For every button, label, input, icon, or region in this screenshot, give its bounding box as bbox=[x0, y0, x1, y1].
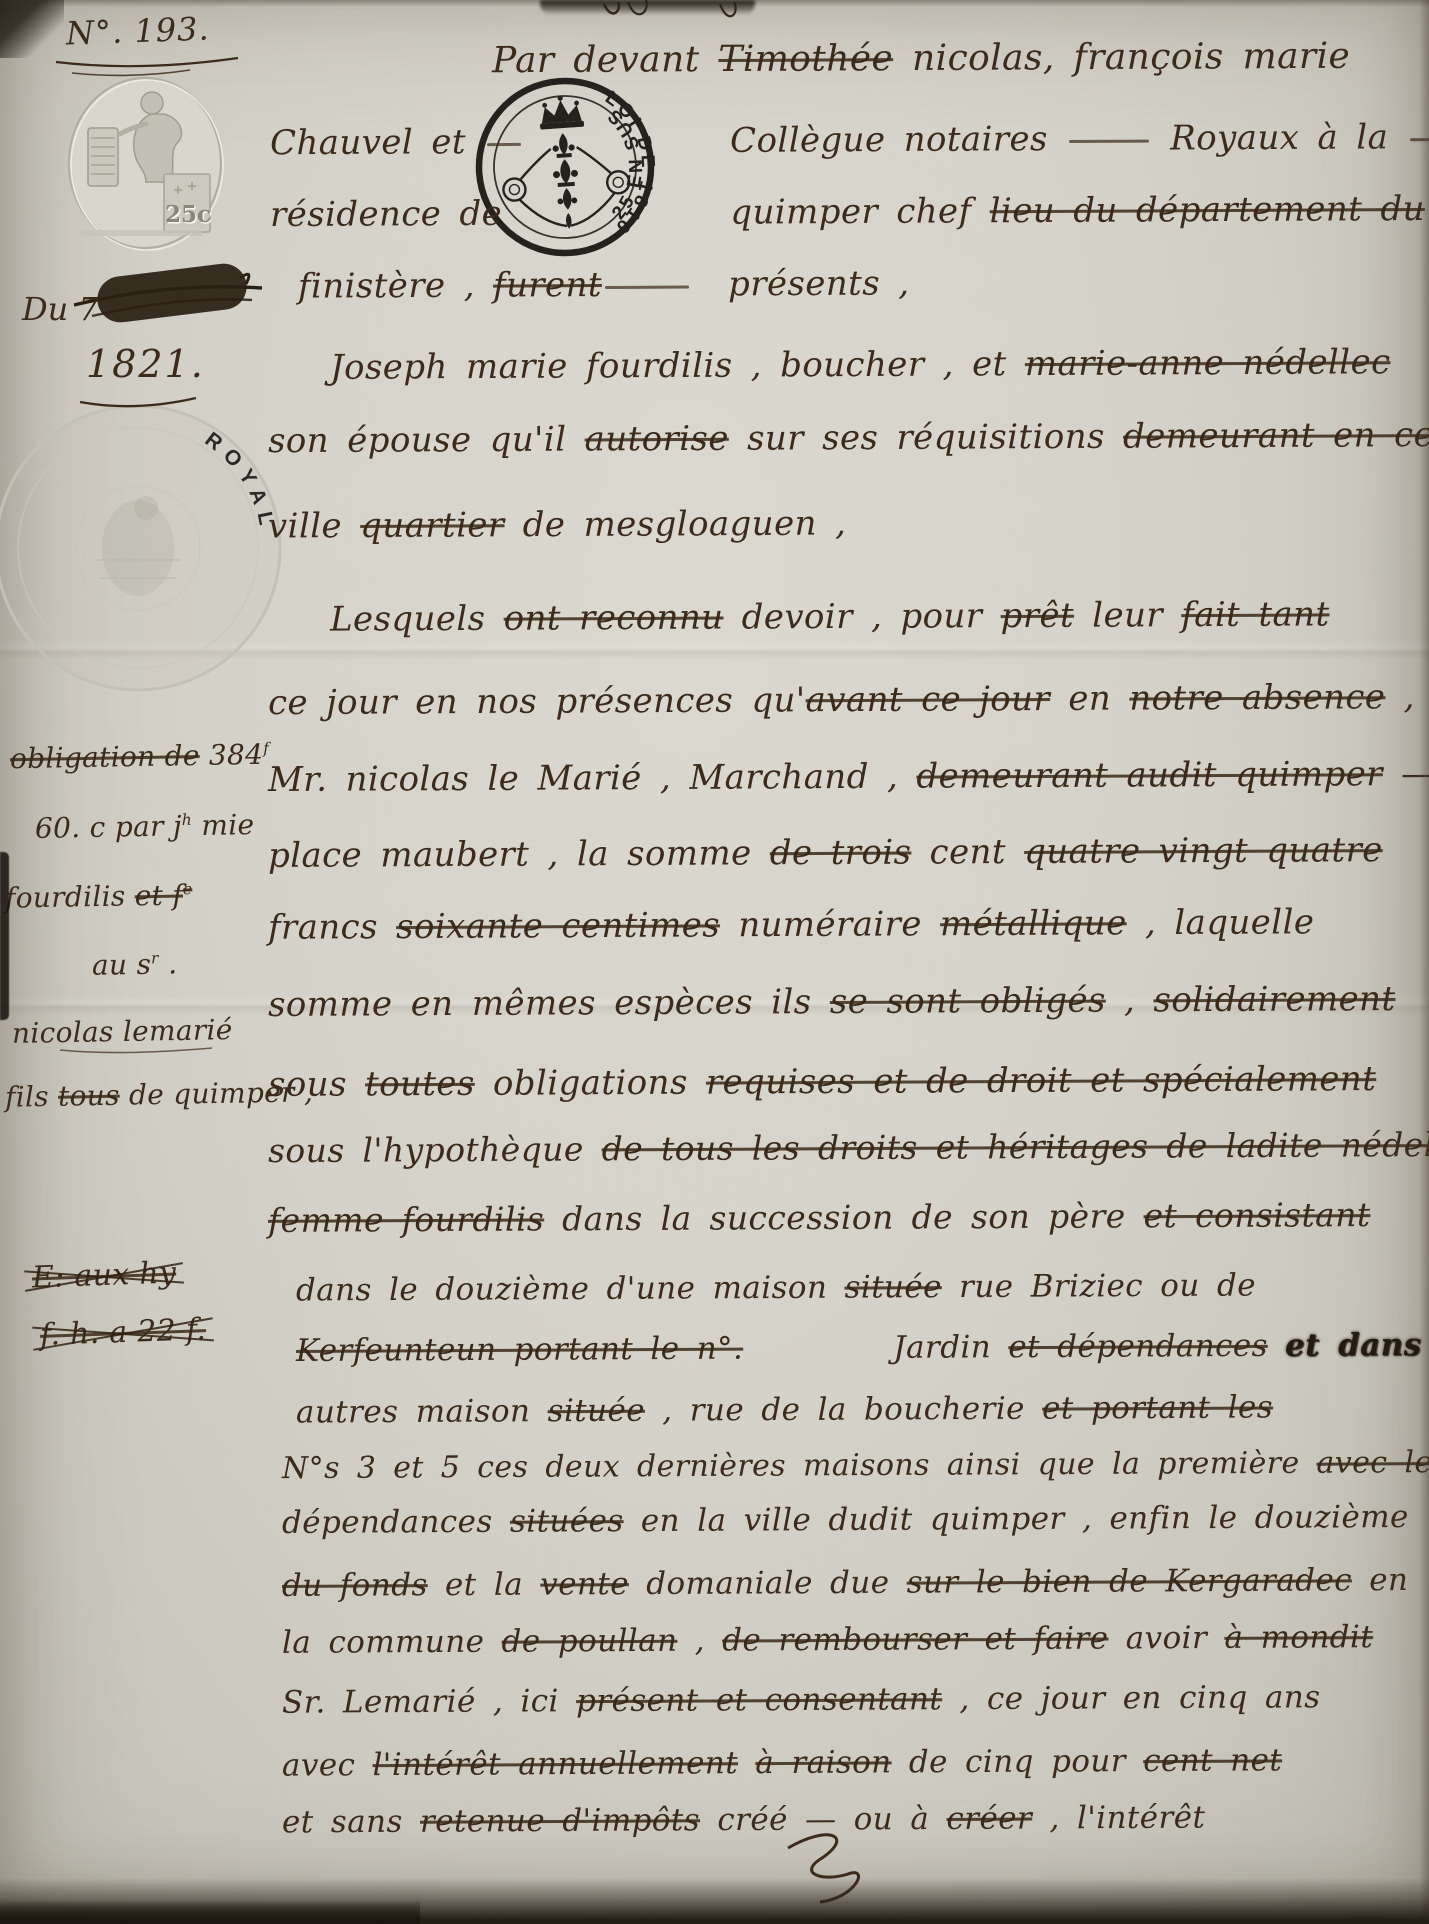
manuscript-line: son épouse qu'il autorise sur ses réquis… bbox=[268, 415, 1429, 461]
text-segment: avec leurs bbox=[1316, 1445, 1429, 1481]
text-segment: f bbox=[263, 739, 269, 757]
text-segment: créer bbox=[946, 1800, 1032, 1836]
text-segment: au s bbox=[92, 948, 152, 982]
text-segment: finistère , bbox=[298, 266, 493, 307]
text-segment: ville bbox=[268, 506, 360, 546]
text-segment: somme en mêmes espèces ils bbox=[268, 982, 830, 1025]
text-segment: vente bbox=[540, 1566, 629, 1602]
manuscript-line: N°s 3 et 5 ces deux dernières maisons ai… bbox=[282, 1445, 1429, 1486]
text-segment: se sont obligés bbox=[830, 981, 1106, 1022]
text-segment: et la bbox=[428, 1567, 541, 1604]
manuscript-line: la commune de poullan , de rembourser et… bbox=[282, 1619, 1373, 1661]
text-segment: à raison bbox=[755, 1744, 891, 1781]
manuscript-line: sous toutes obligations requises et de d… bbox=[268, 1059, 1376, 1105]
text-segment: nicolas, françois marie bbox=[893, 36, 1350, 79]
text-segment: avoir bbox=[1108, 1620, 1224, 1657]
manuscript-line: somme en mêmes espèces ils se sont oblig… bbox=[268, 979, 1396, 1025]
text-segment: , laquelle bbox=[1127, 902, 1315, 943]
text-segment: Chauvel et bbox=[270, 122, 484, 163]
text-segment: l'intérêt annuellement bbox=[372, 1745, 738, 1783]
line-gap bbox=[524, 152, 730, 153]
text-segment: située bbox=[844, 1269, 942, 1306]
text-segment: requises et de droit et spécialement bbox=[706, 1059, 1376, 1103]
text-segment: Royaux à la bbox=[1152, 117, 1407, 158]
margin-note: 60. c par jh mie bbox=[35, 808, 255, 845]
manuscript-line: Joseph marie fourdilis , boucher , et ma… bbox=[330, 342, 1391, 388]
manuscript-line: place maubert , la somme de trois cent q… bbox=[268, 830, 1383, 876]
margin-note: fourdilis et fe bbox=[5, 878, 193, 914]
text-segment: et sans bbox=[282, 1804, 420, 1841]
text-segment: métallique bbox=[940, 903, 1127, 944]
manuscript-line: francs soixante centimes numéraire métal… bbox=[268, 902, 1315, 947]
margin-note: obligation de 384f bbox=[10, 738, 270, 776]
manuscript-line: finistère , furent présents , bbox=[298, 263, 910, 306]
text-segment: quartier bbox=[360, 505, 505, 546]
text-segment: numéraire bbox=[720, 904, 940, 945]
text-segment: 60. c par j bbox=[35, 809, 182, 845]
text-segment: autres maison bbox=[296, 1393, 548, 1430]
text-segment: créé — ou à bbox=[700, 1801, 947, 1838]
text-segment: demeurant en cette bbox=[1123, 415, 1429, 457]
text-segment: la commune bbox=[282, 1624, 502, 1661]
text-segment: et f bbox=[134, 879, 183, 913]
text-segment: avant ce jour bbox=[806, 679, 1051, 720]
text-segment: tous bbox=[58, 1079, 120, 1113]
text-segment: résidence de bbox=[270, 194, 521, 235]
text-segment: quimper chef bbox=[730, 191, 990, 232]
margin-date-prefix: Du 7 bbox=[22, 290, 99, 328]
text-segment: autorise bbox=[585, 419, 729, 460]
text-segment: en la ville dudit quimper , enfin le dou… bbox=[623, 1499, 1408, 1539]
text-segment: son épouse qu'il bbox=[268, 420, 585, 462]
margin-date-year: 1821. bbox=[86, 342, 205, 386]
text-segment: rue Briziec ou de bbox=[942, 1267, 1256, 1305]
text-segment: cent bbox=[911, 832, 1024, 873]
manuscript-line: autres maison située , rue de la boucher… bbox=[296, 1389, 1273, 1430]
text-segment: sur le bien de Kergaradec bbox=[907, 1562, 1352, 1600]
text-segment: à mondit bbox=[1224, 1619, 1373, 1656]
text-segment: de trois bbox=[770, 833, 912, 874]
text-segment: prêt bbox=[1001, 596, 1075, 636]
text-segment: f. h. a 22 f. bbox=[39, 1312, 206, 1353]
line-gap bbox=[520, 224, 730, 225]
text-segment: domaniale due bbox=[629, 1565, 907, 1602]
text-segment: en bbox=[1352, 1562, 1409, 1598]
text-segment: mie bbox=[192, 808, 255, 842]
text-segment: sous bbox=[268, 1064, 365, 1105]
manuscript-line: Mr. nicolas le Marié , Marchand , demeur… bbox=[268, 754, 1429, 800]
text-segment: , l'intérêt bbox=[1032, 1800, 1205, 1837]
manuscript-line: Lesquels ont reconnu devoir , pour prêt … bbox=[330, 594, 1330, 639]
manuscript-line: avec l'intérêt annuellement à raison de … bbox=[282, 1742, 1282, 1783]
manuscript-line: sous l'hypothèque de tous les droits et … bbox=[268, 1125, 1429, 1170]
text-segment: de rembourser et faire bbox=[722, 1621, 1109, 1659]
text-segment: cent net bbox=[1143, 1742, 1282, 1779]
document-page: 25c 25c 25 EN SUS LOI DE 1816 bbox=[0, 0, 1429, 1924]
text-segment: francs bbox=[268, 907, 396, 948]
margin-note: E: aux hy bbox=[31, 1255, 176, 1295]
text-segment: de poullan bbox=[502, 1623, 678, 1660]
text-segment: marie-anne nédellec bbox=[1025, 342, 1391, 384]
manuscript-line: résidence de quimper chef lieu du départ… bbox=[270, 189, 1425, 235]
text-segment: place maubert , la somme bbox=[268, 833, 770, 876]
manuscript-line: Par devant Timothée nicolas, françois ma… bbox=[492, 36, 1350, 81]
text-segment: , ce jour en cinq ans bbox=[942, 1679, 1320, 1717]
document-number: N°. 193. bbox=[65, 10, 210, 53]
text-segment: sous l'hypothèque bbox=[268, 1129, 602, 1170]
text-segment: . bbox=[159, 947, 178, 980]
manuscript-line: Kerfeunteun portant le n°.Jardin et dépe… bbox=[296, 1327, 1422, 1369]
text-segment: située bbox=[548, 1393, 646, 1430]
text-segment: ont reconnu bbox=[504, 598, 724, 639]
manuscript-line: ville quartier de mesgloaguen , bbox=[268, 503, 846, 546]
text-segment: dans le douzième d'une maison bbox=[296, 1270, 845, 1309]
text-segment: présents , bbox=[710, 263, 910, 304]
text-segment: N°s 3 et 5 ces deux dernières maisons ai… bbox=[282, 1446, 1317, 1486]
text-segment: furent bbox=[493, 265, 602, 306]
text-segment: et portant les bbox=[1042, 1389, 1273, 1426]
text-segment: et dans bbox=[1285, 1327, 1422, 1364]
text-segment: dans la succession de son père bbox=[544, 1196, 1144, 1238]
text-segment: Mr. nicolas le Marié , Marchand , bbox=[268, 757, 917, 800]
manuscript-line: ce jour en nos présences qu'avant ce jou… bbox=[268, 677, 1429, 723]
text-segment: et consistant bbox=[1143, 1195, 1370, 1235]
text-segment: de mesgloaguen , bbox=[504, 503, 846, 545]
text-segment: et dépendances bbox=[1008, 1328, 1268, 1365]
text-segment: soixante centimes bbox=[396, 905, 720, 947]
text-segment: — bbox=[1383, 754, 1429, 794]
text-segment: fait tant bbox=[1181, 594, 1330, 635]
text-segment: solidairement bbox=[1153, 979, 1395, 1020]
manuscript-line: du fonds et la vente domaniale due sur l… bbox=[282, 1562, 1409, 1604]
text-segment: 384 bbox=[199, 738, 263, 772]
margin-note: f. h. a 22 f. bbox=[39, 1312, 206, 1353]
margin-note: au sr . bbox=[92, 947, 178, 981]
text-segment: du fonds bbox=[282, 1567, 428, 1604]
text-segment: lieu du département du bbox=[990, 189, 1425, 231]
text-segment: nicolas lemarié bbox=[12, 1013, 233, 1050]
text-segment: leur bbox=[1074, 595, 1181, 636]
text-segment: retenue d'impôts bbox=[420, 1802, 700, 1839]
text-segment: , bbox=[677, 1623, 722, 1659]
text-segment: Timothée bbox=[718, 38, 893, 80]
text-segment bbox=[738, 1745, 755, 1781]
text-segment: Collègue notaires bbox=[730, 119, 1066, 161]
text-segment: sur ses réquisitions bbox=[729, 417, 1123, 459]
text-segment: fils bbox=[5, 1080, 59, 1114]
line-gap bbox=[743, 1358, 893, 1359]
text-segment: , à bbox=[1385, 677, 1429, 717]
text-segment: obligations bbox=[475, 1063, 706, 1104]
text-segment: femme fourdilis bbox=[268, 1199, 544, 1239]
margin-note: nicolas lemarié bbox=[12, 1013, 233, 1050]
text-segment: e bbox=[183, 880, 193, 898]
text-segment: dépendances bbox=[282, 1504, 510, 1541]
text-segment: en bbox=[1050, 679, 1129, 719]
text-segment: ce jour en nos présences qu' bbox=[268, 680, 806, 723]
text-segment bbox=[1268, 1328, 1285, 1364]
text-segment: notre absence bbox=[1129, 677, 1385, 718]
manuscript-line: dépendances situées en la ville dudit qu… bbox=[282, 1499, 1409, 1541]
filler-stroke bbox=[1069, 139, 1149, 142]
manuscript-line: dans le douzième d'une maison située rue… bbox=[296, 1267, 1256, 1308]
text-segment: E: aux hy bbox=[31, 1255, 176, 1295]
text-segment: présent et consentant bbox=[576, 1681, 942, 1719]
manuscript-line: et sans retenue d'impôts créé — ou à cré… bbox=[282, 1800, 1205, 1841]
text-segment: fourdilis bbox=[5, 879, 135, 914]
text-segment: Sr. Lemarié , ici bbox=[282, 1683, 576, 1721]
text-segment: Lesquels bbox=[330, 599, 504, 640]
text-segment: h bbox=[182, 811, 193, 829]
text-segment: quatre vingt quatre bbox=[1024, 830, 1383, 872]
text-segment: obligation de bbox=[10, 739, 200, 775]
manuscript-line: Chauvel et Collègue notaires Royaux à la bbox=[270, 117, 1429, 163]
handwriting-layer: N°. 193. Du 7 1821. obligation de 384f60… bbox=[0, 0, 1429, 1924]
text-segment: , bbox=[1106, 980, 1154, 1020]
text-segment: demeurant audit quimper bbox=[916, 754, 1383, 796]
filler-stroke bbox=[1410, 137, 1429, 140]
manuscript-line: femme fourdilis dans la succession de so… bbox=[268, 1195, 1371, 1240]
text-segment: Par devant bbox=[492, 39, 719, 81]
text-segment: toutes bbox=[365, 1064, 475, 1105]
text-segment: Joseph marie fourdilis , boucher , et bbox=[330, 344, 1025, 388]
text-segment: Kerfeunteun portant le n°. bbox=[296, 1331, 743, 1369]
text-segment: de cinq pour bbox=[891, 1743, 1143, 1780]
text-segment: devoir , pour bbox=[723, 596, 1000, 637]
manuscript-line: Sr. Lemarié , ici présent et consentant … bbox=[282, 1679, 1321, 1720]
text-segment: situées bbox=[510, 1503, 624, 1540]
text-segment: avec bbox=[282, 1747, 373, 1783]
text-segment: , rue de la boucherie bbox=[645, 1391, 1042, 1429]
filler-stroke bbox=[605, 285, 689, 288]
filler-stroke bbox=[487, 142, 521, 145]
text-segment: de tous les droits et héritages de ladit… bbox=[602, 1125, 1429, 1169]
text-segment: Jardin bbox=[893, 1329, 1008, 1366]
